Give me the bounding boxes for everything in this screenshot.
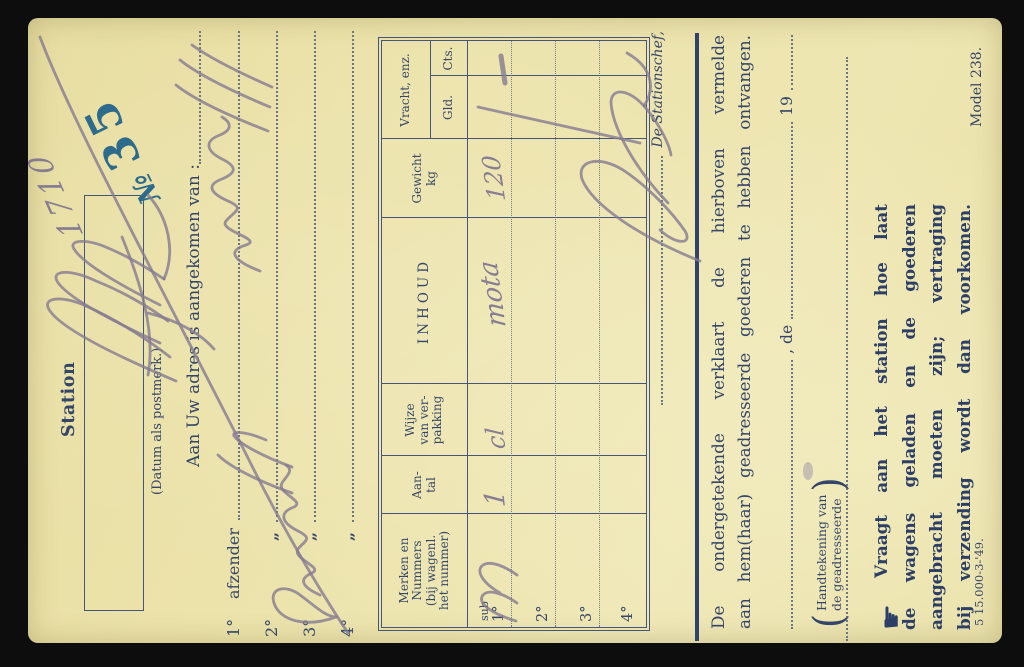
stationschef-row: De Stationschef, <box>650 31 666 405</box>
print-code: 5 15.000-3-'49. <box>972 538 986 626</box>
date-row: , de 19 <box>778 35 796 629</box>
year-prefix: 19 <box>778 90 796 122</box>
table-row-label-3: 3° <box>579 606 595 622</box>
ditto-mark: „ <box>300 532 319 541</box>
postcard-scan: Station (Datum als postmerk.) № 35 Aan U… <box>28 18 1002 643</box>
caption-line-1: Handtekening van <box>815 495 830 611</box>
row-number: 4° <box>338 613 357 637</box>
scanner-background: Station (Datum als postmerk.) № 35 Aan U… <box>0 0 1024 667</box>
receipt-line-2: aan hem(haar) geadresseerde goederen te … <box>734 35 754 629</box>
table-row-label-sub: sub <box>478 601 491 621</box>
datum-caption: (Datum als postmerk.) <box>150 348 165 495</box>
dotted-leader <box>314 31 316 522</box>
pencil-station-script-tail <box>148 195 170 279</box>
numero-value: 35 <box>71 86 152 178</box>
header-bottom-line <box>467 41 468 627</box>
header-wijze: Wijze van ver- pakking <box>382 384 467 456</box>
header-merken: Merken en Nummers (bij wagenl. het numme… <box>382 514 467 627</box>
table-row-label-2: 2° <box>535 606 551 622</box>
table-row-label-1: 1° <box>491 606 507 622</box>
recipient-signature-dotted-line <box>846 57 848 641</box>
stationschef-label: De Stationschef, <box>650 31 666 156</box>
header-cts: Cts. <box>430 41 467 76</box>
row-separator-dotted <box>555 41 556 627</box>
dotted-leader <box>238 31 240 520</box>
model-number: Model 238. <box>969 47 985 127</box>
address-row-2: 2° „ <box>262 31 281 637</box>
header-inhoud: INHOUD <box>382 218 467 384</box>
intro-text: Aan Uw adres is aangekomen van : <box>184 164 204 467</box>
dotted-leader <box>276 31 278 522</box>
date-prefix: , de <box>778 319 796 360</box>
handwritten-wijze: cl <box>481 427 512 449</box>
header-gld: Gld. <box>430 76 467 139</box>
section-divider-rule <box>695 33 699 641</box>
date-dotted-leader <box>791 122 793 319</box>
pencil-station-script-descender <box>148 313 214 349</box>
handwritten-aantal: 1 <box>479 489 512 508</box>
ditto-mark: „ <box>262 532 281 541</box>
note-line-1: Vraagt aan het station hoe laat <box>868 204 896 630</box>
signature-dotted-leader <box>661 156 663 405</box>
row-number: 2° <box>262 613 281 637</box>
row-separator-dotted <box>599 41 600 627</box>
ditto-mark: „ <box>338 532 357 541</box>
station-label: Station <box>59 362 79 437</box>
numero-sign: № <box>124 168 167 210</box>
postmark-box <box>84 195 144 611</box>
dotted-leader <box>352 31 354 522</box>
address-row-3: 3° „ <box>300 31 319 637</box>
note-line-2: de wagens geladen en de goederen <box>896 204 924 630</box>
caption-line-2: de geadresseerde <box>830 495 845 611</box>
intro-dotted-leader <box>199 31 201 164</box>
signature-caption: ( Handtekening van de geadresseerde ) <box>809 477 850 628</box>
note-line-3: aangebracht moeten zijn; vertraging <box>923 204 951 630</box>
handwritten-corner-number: 1710 <box>28 150 92 241</box>
row-number: 3° <box>300 613 319 637</box>
address-row-1: 1° afzender <box>224 31 243 637</box>
row-separator-dotted <box>511 41 512 627</box>
place-dotted-leader <box>791 360 793 629</box>
address-row-4: 4° „ <box>338 31 357 637</box>
table-row-label-4: 4° <box>620 606 636 622</box>
header-aantal: Aan- tal <box>382 456 467 514</box>
year-dotted-leader <box>791 35 793 90</box>
row-number: 1° <box>224 613 243 637</box>
receipt-line-1: De ondergetekende verklaart de hierboven… <box>708 35 728 629</box>
header-vracht: Vracht, enz. <box>382 41 430 139</box>
afzender-label: afzender <box>224 528 243 599</box>
card-natural-orientation: Station (Datum als postmerk.) № 35 Aan U… <box>28 18 1002 643</box>
note-block: Vraagt aan het station hoe laat de wagen… <box>868 204 978 630</box>
intro-row: Aan Uw adres is aangekomen van : <box>184 31 204 467</box>
goods-table: Merken en Nummers (bij wagenl. het numme… <box>378 37 650 631</box>
header-gewicht: Gewicht kg <box>382 139 467 218</box>
